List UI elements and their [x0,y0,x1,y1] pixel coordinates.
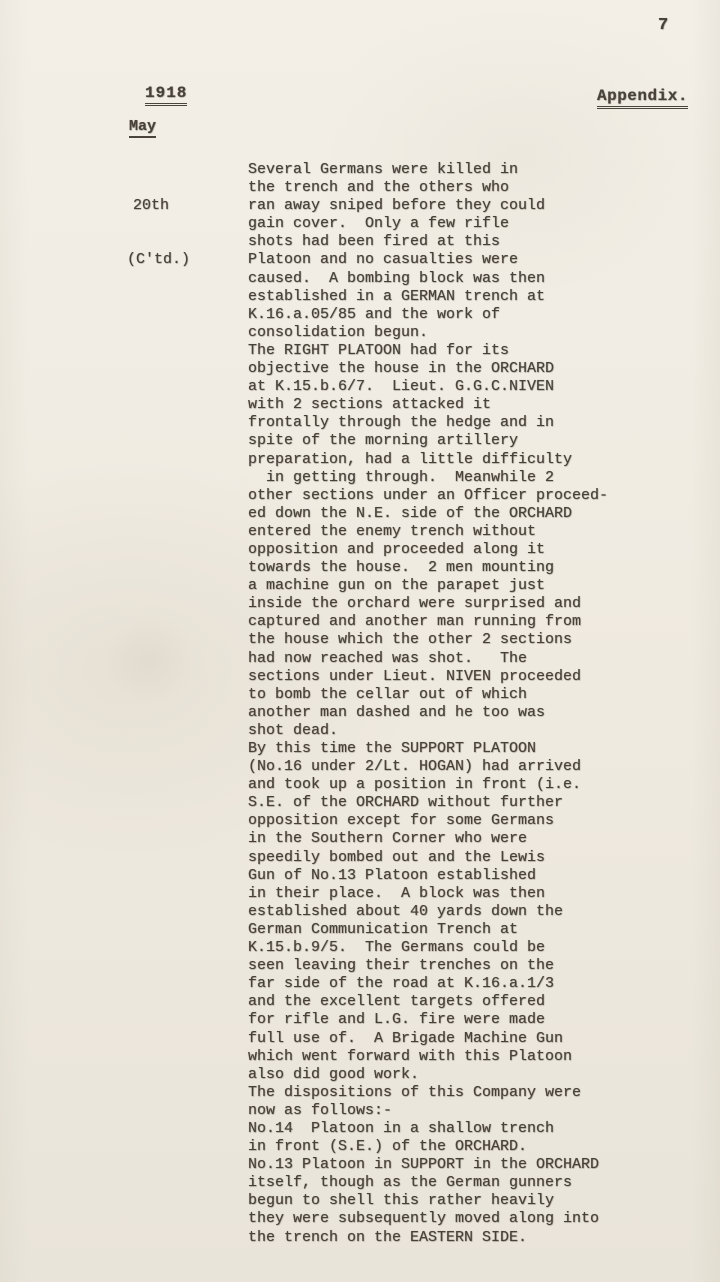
typed-line: The dispositions of this Company were [248,1084,608,1102]
typed-line: for rifle and L.G. fire were made [248,1011,608,1029]
typed-line: shot dead. [248,722,608,740]
margin-date-note: 20th (C'td.) [127,161,190,287]
typed-line: in the Southern Corner who were [248,830,608,848]
typed-line: gain cover. Only a few rifle [248,215,608,233]
typed-line: with 2 sections attacked it [248,396,608,414]
typed-line: which went forward with this Platoon [248,1048,608,1066]
typed-line: Platoon and no casualties were [248,251,608,269]
typed-line: No.13 Platoon in SUPPORT in the ORCHARD [248,1156,608,1174]
typed-line: full use of. A Brigade Machine Gun [248,1030,608,1048]
typed-line: caused. A bombing block was then [248,270,608,288]
typed-line: also did good work. [248,1066,608,1084]
typed-line: shots had been fired at this [248,233,608,251]
typed-line: consolidation begun. [248,324,608,342]
typed-line: ran away sniped before they could [248,197,608,215]
typed-line: at K.15.b.6/7. Lieut. G.G.C.NIVEN [248,378,608,396]
typed-line: a machine gun on the parapet just [248,577,608,595]
typed-line: opposition and proceeded along it [248,541,608,559]
typed-line: (No.16 under 2/Lt. HOGAN) had arrived [248,758,608,776]
typed-line: Gun of No.13 Platoon established [248,867,608,885]
appendix-heading: Appendix. [597,87,688,109]
typed-line: had now reached was shot. The [248,650,608,668]
typed-line: The RIGHT PLATOON had for its [248,342,608,360]
typed-line: itself, though as the German gunners [248,1174,608,1192]
typed-line: in getting through. Meanwhile 2 [248,469,608,487]
typed-line: towards the house. 2 men mounting [248,559,608,577]
typed-line: far side of the road at K.16.a.1/3 [248,975,608,993]
typed-line: established in a GERMAN trench at [248,288,608,306]
typed-line: preparation, had a little difficulty [248,451,608,469]
typed-line: sections under Lieut. NIVEN proceeded [248,668,608,686]
typed-line: to bomb the cellar out of which [248,686,608,704]
typed-line: the trench on the EASTERN SIDE. [248,1229,608,1247]
typed-line: other sections under an Officer proceed- [248,487,608,505]
typed-line: in their place. A block was then [248,885,608,903]
typed-line: the trench and the others who [248,179,608,197]
typed-line: K.16.a.05/85 and the work of [248,306,608,324]
typed-line: spite of the morning artillery [248,432,608,450]
year-heading: 1918 [145,84,187,106]
typed-line: and the excellent targets offered [248,993,608,1011]
typed-line: seen leaving their trenches on the [248,957,608,975]
typed-line: frontally through the hedge and in [248,414,608,432]
typed-line: now as follows:- [248,1102,608,1120]
typed-line: Several Germans were killed in [248,161,608,179]
typed-line: S.E. of the ORCHARD without further [248,794,608,812]
document-page: { "page": { "number": "7" }, "header": {… [0,0,720,1282]
typed-line: in front (S.E.) of the ORCHARD. [248,1138,608,1156]
margin-date: 20th [127,197,190,215]
typed-line: By this time the SUPPORT PLATOON [248,740,608,758]
typed-line: K.15.b.9/5. The Germans could be [248,939,608,957]
typed-line: begun to shell this rather heavily [248,1192,608,1210]
typed-line: captured and another man running from [248,613,608,631]
typed-body: Several Germans were killed inthe trench… [248,161,608,1247]
typed-line: the house which the other 2 sections [248,631,608,649]
page-number: 7 [658,16,668,35]
typed-line: another man dashed and he too was [248,704,608,722]
typed-line: they were subsequently moved along into [248,1210,608,1228]
typed-line: No.14 Platoon in a shallow trench [248,1120,608,1138]
typed-line: established about 40 yards down the [248,903,608,921]
month-heading: May [129,118,156,138]
typed-line: entered the enemy trench without [248,523,608,541]
typed-line: opposition except for some Germans [248,812,608,830]
typed-line: and took up a position in front (i.e. [248,776,608,794]
margin-continued: (C'td.) [127,251,190,269]
typed-line: inside the orchard were surprised and [248,595,608,613]
typed-line: German Communication Trench at [248,921,608,939]
typed-line: objective the house in the ORCHARD [248,360,608,378]
typed-line: ed down the N.E. side of the ORCHARD [248,505,608,523]
typed-line: speedily bombed out and the Lewis [248,849,608,867]
